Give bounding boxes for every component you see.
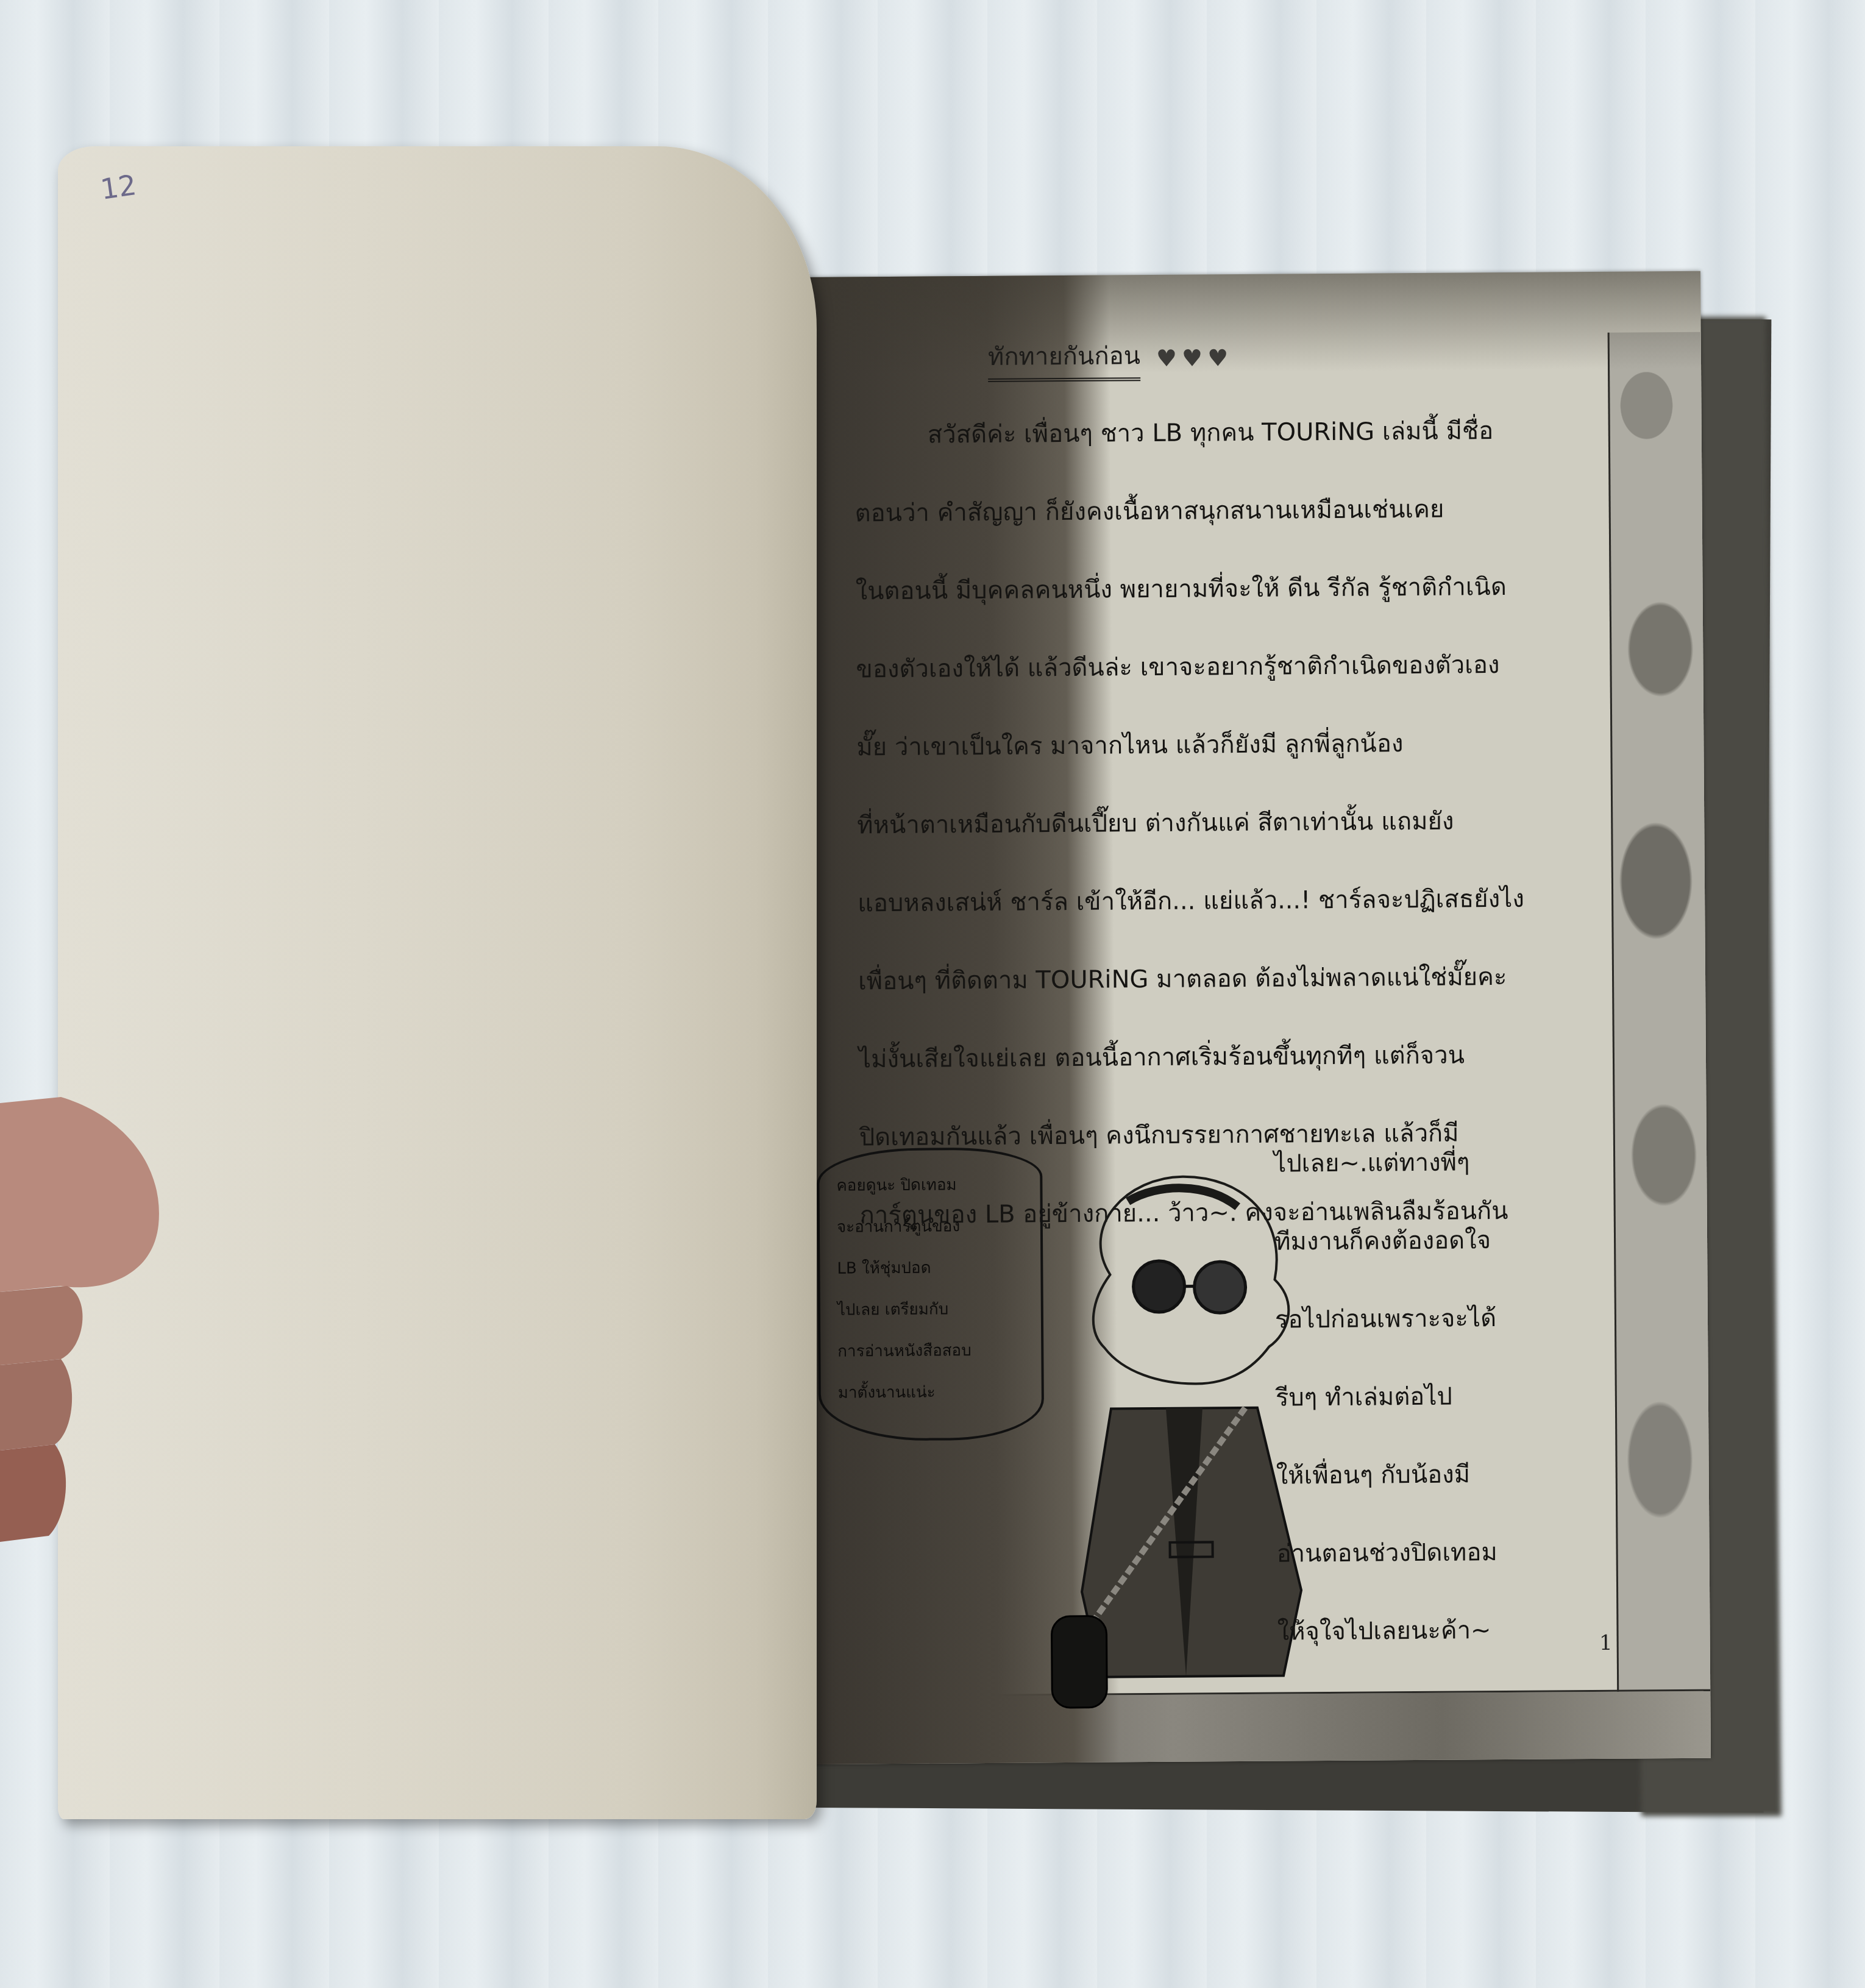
side-line: ไปเลย~.แต่ทางพี่ๆ [1274,1143,1616,1224]
page-shadow-top [805,271,1701,375]
side-line: ให้เพื่อนๆ กับน้องมี [1276,1455,1618,1536]
page-title: ทักทายกันก่อน [988,336,1141,382]
bubble-line: LB ให้ชุ่มปอด [837,1257,1028,1299]
speech-bubble: คอยดูนะ ปิดเทอม จะอ่านการ์ตูนของ LB ให้ช… [817,1147,1044,1441]
body-line: ของตัวเองให้ได้ แล้วดีนล่ะ เขาจะอยากรู้ช… [856,646,1588,729]
body-line: สวัสดีค่ะ เพื่อนๆ ชาว LB ทุกคน TOURiNG เ… [854,412,1586,495]
hand-icon [0,1091,165,1578]
bubble-line: จะอ่านการ์ตูนของ [837,1215,1028,1258]
body-line: ที่หน้าตาเหมือนกับดีนเปี๊ยบ ต่างกันแค่ ส… [857,802,1589,885]
flower-illustration-border [1608,332,1711,1692]
body-line: ไม่งั้นเสียใจแย่เลย ตอนนี้อากาศเริ่มร้อน… [859,1036,1591,1119]
body-line: ในตอนนี้ มีบุคคลคนหนึ่ง พยายามที่จะให้ ด… [855,568,1587,651]
bubble-line: คอยดูนะ ปิดเทอม [836,1174,1028,1216]
side-line: อ่านตอนช่วงปิดเทอม [1276,1533,1618,1614]
bubble-line: ไปเลย เตรียมกับ [837,1298,1029,1341]
bubble-line: การอ่านหนังสือสอบ [837,1340,1029,1382]
side-line: ทีมงานก็คงต้องอดใจ [1274,1221,1616,1302]
heart-icon: ♥ [1182,346,1202,369]
body-line: แอบหลงเสน่ห์ ชาร์ล เข้าให้อีก... แย่แล้ว… [858,880,1590,963]
body-line: เพื่อนๆ ที่ติดตาม TOURiNG มาตลอด ต้องไม่… [858,958,1590,1041]
page-number: 1 [1599,1631,1613,1655]
bubble-line: มาตั้งนานแน่ะ [838,1381,1029,1424]
side-line: รีบๆ ทำเล่มต่อไป [1276,1377,1618,1458]
body-line: ตอนว่า คำสัญญา ก็ยังคงเนื้อหาสนุกสนานเหม… [854,490,1586,573]
left-blank-page[interactable]: 12 [58,146,817,1819]
side-line: ให้จุใจไปเลยนะค้า~ [1277,1611,1619,1692]
heart-icon: ♥ [1156,347,1177,370]
greeting-side-text: ไปเลย~.แต่ทางพี่ๆ ทีมงานก็คงต้องอดใจ รอไ… [1274,1143,1619,1692]
heart-icon: ♥ [1207,346,1228,369]
right-page: ทักทายกันก่อน ♥ ♥ ♥ สวัสดีค่ะ เพื่อนๆ ชา… [805,271,1711,1764]
hearts: ♥ ♥ ♥ [1156,346,1228,370]
side-line: รอไปก่อนเพราะจะได้ [1275,1299,1617,1380]
greeting-header: ทักทายกันก่อน ♥ ♥ ♥ [988,335,1229,382]
photo-scene: ทักทายกันก่อน ♥ ♥ ♥ สวัสดีค่ะ เพื่อนๆ ชา… [0,0,1865,1988]
handwritten-page-number: 12 [99,168,138,206]
body-line: มั๊ย ว่าเขาเป็นใคร มาจากไหน แล้วก็ยังมี … [856,724,1588,807]
